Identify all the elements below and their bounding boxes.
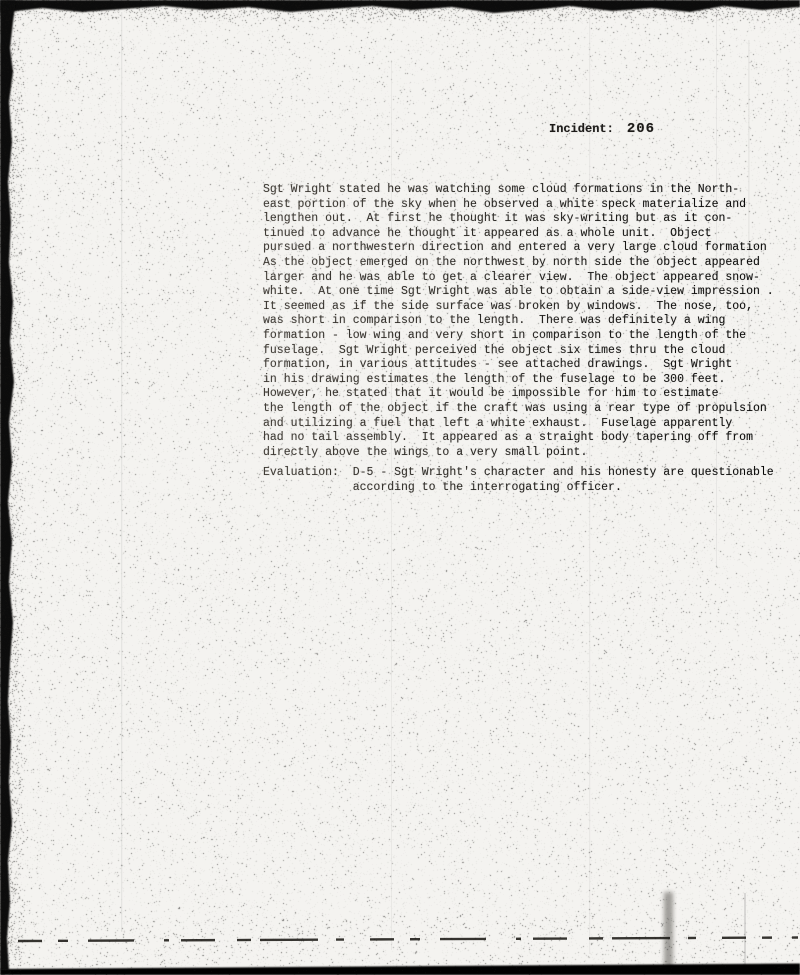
scan-streak <box>121 12 122 932</box>
scanned-document-page: Incident:206 Sgt Wright stated he was wa… <box>0 0 800 975</box>
scan-bottom-bar-artifact <box>0 964 800 975</box>
scan-left-edge-artifact <box>0 0 16 970</box>
scan-top-edge-artifact <box>0 0 800 13</box>
report-body-paragraph: Sgt Wright stated he was watching some c… <box>263 183 774 460</box>
incident-number: 206 <box>627 121 655 137</box>
evaluation-section: Evaluation: D-5 - Sgt Wright's character… <box>263 466 774 495</box>
scan-dashed-line <box>18 938 798 942</box>
incident-header: Incident:206 <box>549 121 655 137</box>
scan-streak <box>744 893 746 965</box>
scan-smudge <box>664 892 673 968</box>
incident-label: Incident: <box>549 122 614 136</box>
